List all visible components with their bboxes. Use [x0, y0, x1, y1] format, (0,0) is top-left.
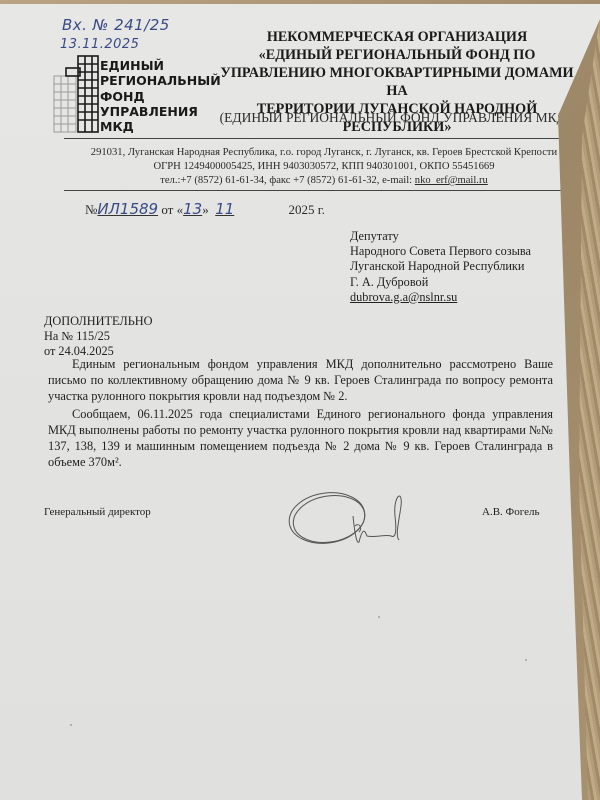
letter-page: Вх. № 241/25 13.11.2025 ЕДИНЫЙ РЕГИОНАЛЬ…	[0, 4, 600, 800]
header-divider-top	[64, 138, 579, 139]
logo-line: ЕДИНЫЙ	[100, 58, 221, 73]
header-divider-bottom	[64, 190, 579, 191]
organization-email-link[interactable]: nko_erf@mail.ru	[415, 175, 488, 186]
logo-line: ФОНД	[100, 89, 221, 104]
org-title-line: УПРАВЛЕНИЮ МНОГОКВАРТИРНЫМИ ДОМАМИ НА	[212, 64, 582, 100]
body-paragraph-2: Сообщаем, 06.11.2025 года специалистами …	[48, 406, 553, 470]
reference-heading: ДОПОЛНИТЕЛЬНО	[44, 314, 153, 329]
incoming-date-handwritten: 13.11.2025	[60, 37, 139, 52]
logo-wordmark: ЕДИНЫЙ РЕГИОНАЛЬНЫЙ ФОНД УПРАВЛЕНИЯ МКД	[100, 58, 221, 134]
body-paragraph-1: Единым региональным фондом управления МК…	[48, 356, 553, 404]
outgoing-registration-line: №ИЛ1589 от «13» 11 2025 г.	[85, 200, 325, 218]
building-icon	[52, 54, 102, 134]
reference-block: ДОПОЛНИТЕЛЬНО На № 115/25 от 24.04.2025	[44, 314, 153, 359]
addressee-line: Депутату	[350, 229, 531, 244]
organization-short-name: (ЕДИНЫЙ РЕГИОНАЛЬНЫЙ ФОНД УПРАВЛЕНИЯ МКД…	[205, 110, 585, 126]
org-title-line: НЕКОММЕРЧЕСКАЯ ОРГАНИЗАЦИЯ	[212, 28, 582, 46]
signature-scribble-icon	[285, 486, 415, 548]
outgoing-month: 11	[215, 200, 285, 218]
logo-line: РЕГИОНАЛЬНЫЙ	[100, 73, 221, 88]
addressee-block: Депутату Народного Совета Первого созыва…	[350, 229, 531, 305]
number-label: №	[85, 202, 97, 217]
signatory-position: Генеральный директор	[44, 506, 151, 518]
reference-number: На № 115/25	[44, 329, 153, 344]
outgoing-year: 2025 г.	[288, 202, 324, 217]
contacts-line: тел.:+7 (8572) 61-61-34, факс +7 (8572) …	[64, 174, 584, 188]
addressee-line: Г. А. Дубровой	[350, 275, 531, 290]
addressee-email-link[interactable]: dubrova.g.a@nslnr.su	[350, 290, 531, 305]
organization-address-block: 291031, Луганская Народная Республика, г…	[64, 146, 584, 188]
outgoing-day: 13	[183, 200, 202, 218]
addressee-line: Луганской Народной Республики	[350, 259, 531, 274]
paper-speck	[525, 659, 527, 661]
phone-fax: тел.:+7 (8572) 61-61-34, факс +7 (8572) …	[160, 175, 415, 186]
registration-requisites: ОГРН 1249400005425, ИНН 9403030572, КПП …	[64, 160, 584, 174]
outgoing-number: ИЛ1589	[97, 200, 158, 218]
postal-address: 291031, Луганская Народная Республика, г…	[64, 146, 584, 160]
org-title-line: «ЕДИНЫЙ РЕГИОНАЛЬНЫЙ ФОНД ПО	[212, 46, 582, 64]
addressee-line: Народного Совета Первого созыва	[350, 244, 531, 259]
paper-speck	[70, 724, 72, 726]
signatory-name: А.В. Фогель	[482, 506, 539, 518]
logo-line: УПРАВЛЕНИЯ	[100, 104, 221, 119]
paper-speck	[378, 616, 380, 618]
from-label: от «	[161, 202, 183, 217]
incoming-number-handwritten: Вх. № 241/25	[62, 16, 170, 34]
day-close-quote: »	[202, 202, 209, 217]
logo-line: МКД	[100, 119, 221, 134]
